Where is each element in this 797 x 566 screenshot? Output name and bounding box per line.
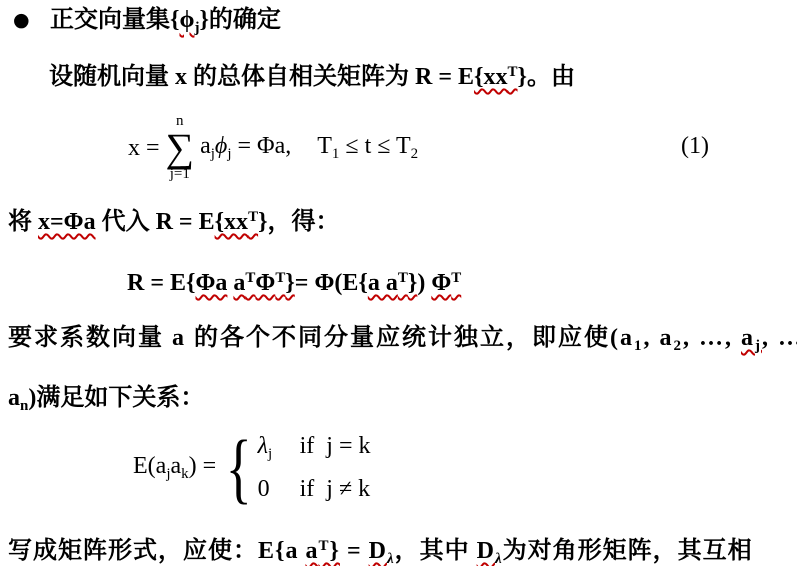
spellcheck-underline: aT}	[305, 538, 339, 564]
transpose-superscript: T	[507, 64, 517, 80]
heading-text: }的确定	[199, 7, 280, 33]
spellcheck-underline: a aT}	[368, 270, 417, 296]
transpose-superscript: T	[451, 270, 461, 286]
sigma-icon: ∑	[166, 129, 195, 167]
spellcheck-underline: Dλ	[477, 538, 503, 564]
spellcheck-underline: x=Φa	[38, 209, 96, 235]
transpose-superscript: T	[275, 270, 285, 286]
phi-symbol: ϕ	[215, 133, 227, 159]
bullet-icon: ●	[13, 8, 30, 32]
lambda-subscript: λ	[495, 551, 503, 566]
constraint-paragraph: 要求系数向量 a 的各个不同分量应统计独立，即应使(a1, a2, …, aj,…	[8, 323, 797, 361]
transpose-superscript: T	[245, 270, 255, 286]
constraint-paragraph-continued: an)满足如下关系：	[8, 383, 204, 421]
transpose-superscript: T	[248, 209, 258, 225]
eq1-lhs: x =	[128, 135, 160, 162]
phi-symbol: ϕ	[179, 7, 194, 33]
case-stack: λjif j = k 0if j ≠ k	[258, 433, 371, 503]
equation-number-1: (1)	[681, 131, 709, 161]
heading-line: 正交向量集{ϕj}的确定	[50, 5, 281, 43]
case-row-equal: λjif j = k	[258, 433, 371, 463]
substitution-line: 将 x=Φa 代入 R = E{xxT}，得：	[8, 202, 340, 237]
spellcheck-underline: Φa	[195, 270, 227, 296]
matrix-form-line: 写成矩阵形式，应使：E{a aT} = Dλ，其中 Dλ为对角形矩阵，其互相	[8, 531, 753, 566]
equation-2: R = E{Φa aTΦT}= Φ(E{a aT}) ΦT	[127, 263, 461, 298]
spellcheck-underline: aj	[741, 325, 762, 351]
document-page: ● 正交向量集{ϕj}的确定 设随机向量 x 的总体自相关矩阵为 R = E{x…	[0, 0, 797, 566]
heading-text: 正交向量集{	[50, 7, 179, 33]
spellcheck-underline: Dλ	[369, 538, 395, 564]
spellcheck-underline: {xxT	[474, 64, 517, 90]
transpose-superscript: T	[318, 538, 329, 554]
spellcheck-underline: aTΦT}	[233, 270, 294, 296]
summation-symbol: n ∑ j=1	[166, 114, 195, 182]
transpose-superscript: T	[398, 270, 408, 286]
equation-3: E(ajak) = { λjif j = k 0if j ≠ k	[133, 428, 371, 508]
lambda-symbol: λ	[258, 433, 268, 459]
eq1-term: ajϕj = Φa,	[200, 133, 291, 163]
spellcheck-underline: ϕj	[179, 7, 199, 33]
case-brace: {	[226, 432, 252, 504]
spellcheck-underline: ΦT	[431, 270, 461, 296]
sum-lower-limit: j=1	[170, 167, 190, 182]
eq1-interval-condition: T1 ≤ t ≤ T2	[317, 133, 418, 163]
equation-1: x = n ∑ j=1 ajϕj = Φa, T1 ≤ t ≤ T2	[128, 112, 418, 184]
intro-text: 设随机向量 x 的总体自相关矩阵为 R = E	[49, 64, 474, 90]
spellcheck-underline: {xxT	[215, 209, 258, 235]
intro-line: 设随机向量 x 的总体自相关矩阵为 R = E{xxT}。由	[49, 57, 575, 92]
lambda-subscript: λ	[387, 551, 395, 566]
case-row-unequal: 0if j ≠ k	[258, 476, 371, 503]
eq3-lhs: E(ajak) =	[133, 453, 216, 483]
